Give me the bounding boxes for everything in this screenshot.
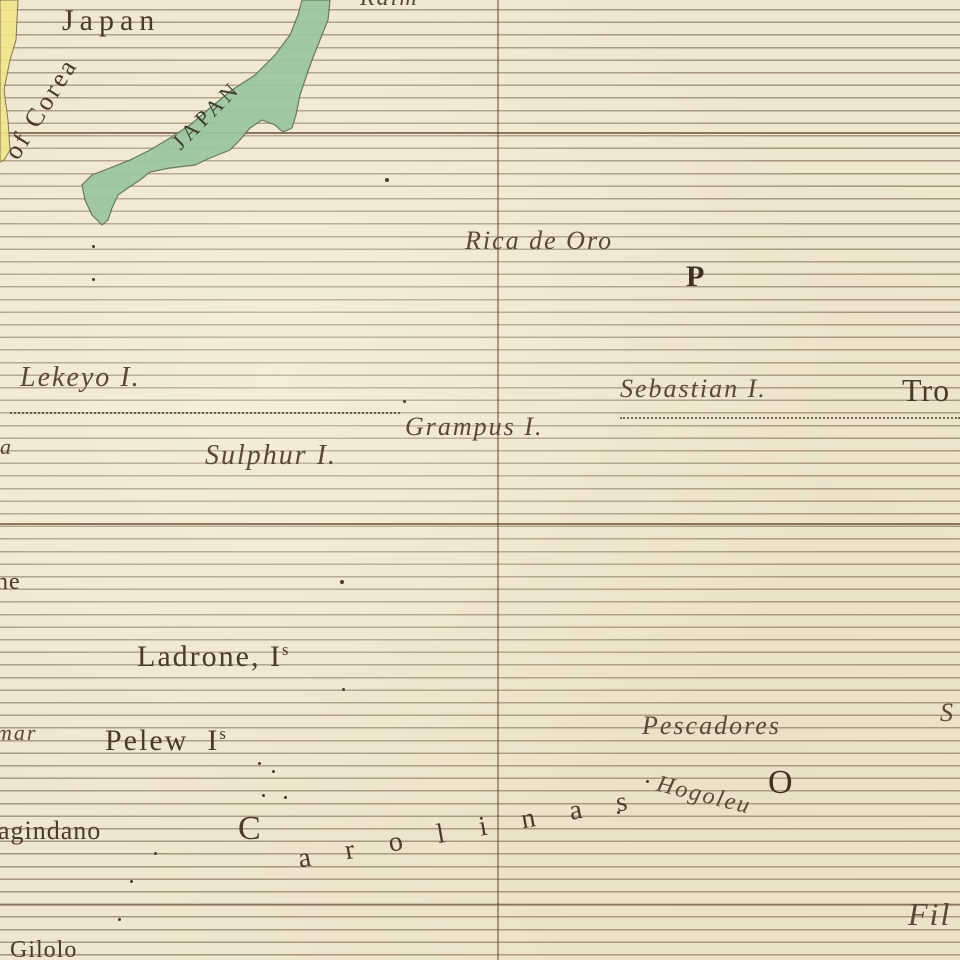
island-dot (646, 780, 649, 783)
label-rica-de-oro: Rica de Oro (465, 228, 613, 254)
island-dot (92, 278, 95, 281)
island-dot (154, 852, 157, 855)
island-dot (617, 811, 620, 814)
island-dot (118, 918, 121, 921)
island-dot (342, 688, 345, 691)
label-top-cut: Ralm (360, 0, 419, 10)
label-ladrone-is: , Is (251, 640, 290, 673)
label-ladrone: Ladrone (137, 640, 251, 673)
label-pescadores: Pescadores (642, 713, 781, 739)
island-dot (130, 880, 133, 883)
label-carolinas-c: C (238, 812, 262, 846)
island-dot (92, 245, 95, 248)
island-dot (258, 762, 261, 765)
island-dot (272, 770, 275, 773)
label-sebastian: Sebastian I. (620, 376, 767, 402)
label-pelew-islands: Pelew Is (105, 726, 228, 756)
label-right-cut: S (940, 700, 955, 726)
island-dot (262, 794, 265, 797)
label-left-ne: ne (0, 570, 21, 594)
label-magindano: agindano (0, 818, 101, 844)
historical-map: Japan of Corea JAPAN Ralm Rica de Oro P … (0, 0, 960, 960)
label-gilolo: Gilolo (10, 938, 77, 960)
label-japan-sea: Japan (62, 6, 160, 36)
label-pelew: Pelew (105, 724, 188, 757)
island-dot (284, 796, 287, 799)
label-sulphur: Sulphur I. (205, 442, 337, 470)
label-ladrone-islands: Ladrone, Is (137, 642, 290, 672)
label-pelew-is: Is (207, 724, 227, 757)
label-tro-cut: Tro (902, 374, 950, 406)
island-dot (385, 178, 389, 182)
island-dot (403, 400, 406, 403)
label-pacific-o: O (768, 766, 794, 800)
label-left-a: a (0, 436, 13, 458)
label-lekeyo: Lekeyo I. (20, 364, 141, 392)
label-fil-cut: Fil (908, 898, 951, 930)
label-grampus: Grampus I. (405, 414, 543, 440)
label-mar-cut: mar (0, 722, 37, 744)
island-dot (340, 580, 344, 584)
label-pacific-p: P (686, 262, 705, 292)
